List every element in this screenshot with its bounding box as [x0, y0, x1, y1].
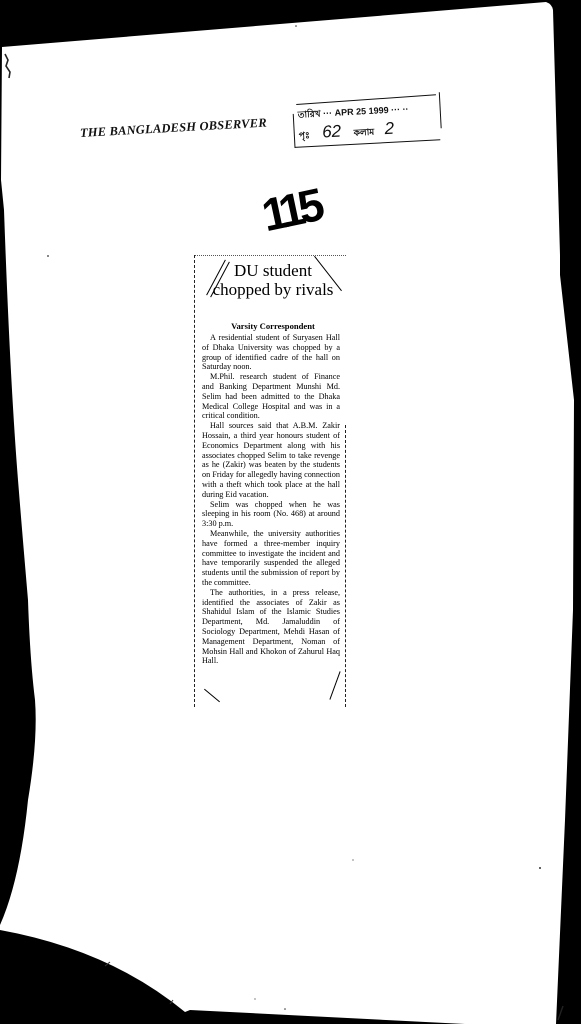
article-byline: Varsity Correspondent	[206, 321, 340, 331]
stamp-dots: ··· ··	[391, 104, 409, 115]
archive-stamp: তারিখ ··· APR 25 1999 ··· ·· পৃঃ 62 কলাম…	[292, 92, 442, 148]
stamp-column-label: কলাম	[353, 127, 374, 138]
stamp-dots: ···	[323, 108, 333, 118]
article-paragraph: The authorities, in a press release, ide…	[202, 588, 340, 666]
article-paragraph: Meanwhile, the university authorities ha…	[202, 529, 340, 588]
stamp-column-value: 2	[384, 119, 394, 138]
article-paragraph: A residential student of Suryasen Hall o…	[202, 333, 340, 372]
handwritten-clip-number: 115	[257, 178, 323, 243]
stamp-page-value: 62	[322, 121, 342, 141]
stamp-page-label: পৃঃ	[299, 130, 310, 141]
stamp-date-value: APR 25 1999	[334, 105, 388, 118]
article-paragraph: Selim was chopped when he was sleeping i…	[202, 500, 340, 529]
clipping-edge-top	[194, 255, 346, 256]
news-clipping: DU student chopped by rivals Varsity Cor…	[194, 255, 346, 707]
scissor-mark	[329, 671, 340, 700]
stamp-date-label: তারিখ	[298, 109, 321, 120]
clipping-edge-right	[345, 425, 346, 707]
article-headline: DU student chopped by rivals	[208, 261, 338, 299]
article-paragraph: M.Phil. research student of Finance and …	[202, 372, 340, 421]
article-body: A residential student of Suryasen Hall o…	[202, 333, 340, 666]
stamp-page-row: পৃঃ 62 কলাম 2	[298, 119, 394, 144]
clipping-edge-left	[194, 255, 195, 707]
scissor-mark	[204, 689, 220, 703]
article-paragraph: Hall sources said that A.B.M. Zakir Hoss…	[202, 421, 340, 499]
